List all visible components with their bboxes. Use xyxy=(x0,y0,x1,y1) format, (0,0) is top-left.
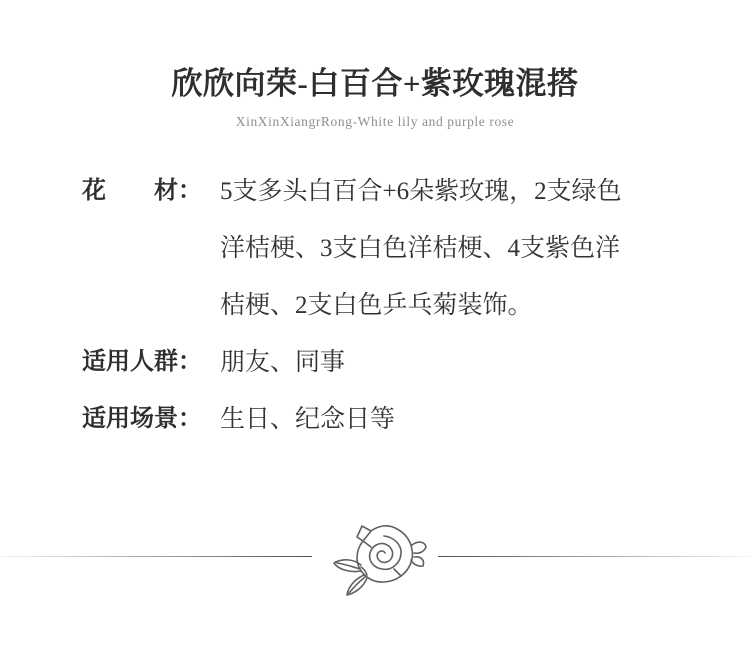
audience-label-text: 适用人群： xyxy=(82,334,202,391)
spec-row-materials: 花 材： 5支多头白百合+6朵紫玫瑰，2支绿色 洋桔梗、3支白色洋桔梗、4支紫色… xyxy=(82,163,750,334)
occasion-value: 生日、纪念日等 xyxy=(220,391,395,448)
materials-label: 花 材： xyxy=(82,163,202,220)
spec-row-occasion: 适用场景： 生日、纪念日等 xyxy=(82,391,750,448)
spec-row-audience: 适用人群： 朋友、同事 xyxy=(82,334,750,391)
materials-label-part1: 花 xyxy=(82,163,106,220)
audience-value: 朋友、同事 xyxy=(220,334,345,391)
occasion-label-text: 适用场景： xyxy=(82,391,202,448)
page-subtitle: XinXinXiangrRong-White lily and purple r… xyxy=(0,113,750,131)
divider-line-left xyxy=(0,556,312,557)
divider-line-right xyxy=(438,556,750,557)
materials-label-part2: 材： xyxy=(154,163,202,220)
occasion-label: 适用场景： xyxy=(82,391,202,448)
materials-line-3: 桔梗、2支白色乒乓菊装饰。 xyxy=(220,277,622,334)
materials-line-2: 洋桔梗、3支白色洋桔梗、4支紫色洋 xyxy=(220,220,622,277)
footer-divider xyxy=(0,520,750,600)
materials-line-1: 5支多头白百合+6朵紫玫瑰，2支绿色 xyxy=(220,163,622,220)
product-detail-sheet: 欣欣向荣-白百合+紫玫瑰混搭 XinXinXiangrRong-White li… xyxy=(0,0,750,658)
page-title: 欣欣向荣-白百合+紫玫瑰混搭 xyxy=(0,63,750,105)
spec-list: 花 材： 5支多头白百合+6朵紫玫瑰，2支绿色 洋桔梗、3支白色洋桔梗、4支紫色… xyxy=(0,163,750,448)
rose-icon xyxy=(331,523,427,599)
audience-label: 适用人群： xyxy=(82,334,202,391)
materials-value: 5支多头白百合+6朵紫玫瑰，2支绿色 洋桔梗、3支白色洋桔梗、4支紫色洋 桔梗、… xyxy=(220,163,622,334)
